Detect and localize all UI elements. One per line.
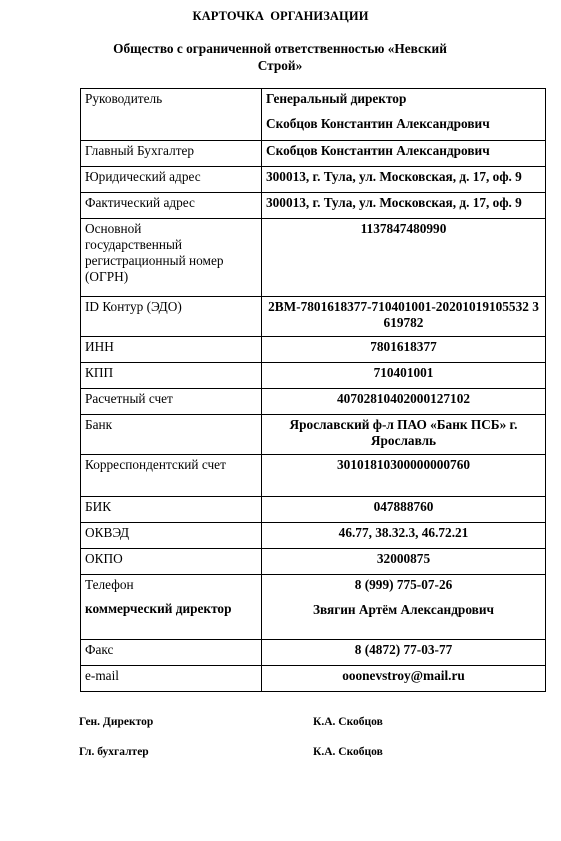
row-value-edo-id: 2BM-7801618377-710401001-20201019105532 … [262, 297, 546, 337]
organization-card-table: Руководитель Генеральный директор Скобцо… [80, 88, 546, 692]
table-row: Корреспондентский счет 30101810300000000… [81, 455, 546, 497]
row-label-bik: БИК [81, 497, 262, 523]
row-value-director: Генеральный директор Скобцов Константин … [262, 89, 546, 141]
row-label-inn: ИНН [81, 337, 262, 363]
phone-number: 8 (999) 775-07-26 [266, 577, 541, 593]
row-value-ogrn: 1137847480990 [262, 219, 546, 297]
row-value-legal-address: 300013, г. Тула, ул. Московская, д. 17, … [262, 167, 546, 193]
signature-role-accountant: Гл. бухгалтер [79, 746, 149, 758]
director-name: Скобцов Константин Александрович [266, 116, 541, 132]
row-label-edo-id: ID Контур (ЭДО) [81, 297, 262, 337]
commercial-director-label: коммерческий директор [85, 601, 257, 617]
row-value-chief-accountant: Скобцов Константин Александрович [262, 141, 546, 167]
signature-name-director: К.А. Скобцов [313, 716, 383, 728]
row-value-settlement-account: 40702810402000127102 [262, 389, 546, 415]
row-label-correspondent-account: Корреспондентский счет [81, 455, 262, 497]
row-value-correspondent-account: 30101810300000000760 [262, 455, 546, 497]
row-label-chief-accountant: Главный Бухгалтер [81, 141, 262, 167]
row-label-okpo: ОКПО [81, 549, 262, 575]
row-label-actual-address: Фактический адрес [81, 193, 262, 219]
table-row: e-mail ooonevstroy@mail.ru [81, 666, 546, 692]
phone-label: Телефон [85, 577, 257, 593]
table-row: Расчетный счет 40702810402000127102 [81, 389, 546, 415]
table-row: ОКВЭД 46.77, 38.32.3, 46.72.21 [81, 523, 546, 549]
table-row: Телефон коммерческий директор 8 (999) 77… [81, 575, 546, 640]
row-value-okved: 46.77, 38.32.3, 46.72.21 [262, 523, 546, 549]
row-label-email: e-mail [81, 666, 262, 692]
table-row: БИК 047888760 [81, 497, 546, 523]
row-label-settlement-account: Расчетный счет [81, 389, 262, 415]
row-value-phone: 8 (999) 775-07-26 Звягин Артём Александр… [262, 575, 546, 640]
table-row: Юридический адрес 300013, г. Тула, ул. М… [81, 167, 546, 193]
organization-name: Общество с ограниченной ответственностью… [95, 40, 465, 74]
table-row: Банк Ярославский ф-л ПАО «Банк ПСБ» г. Я… [81, 415, 546, 455]
row-label-fax: Факс [81, 640, 262, 666]
signature-role-director: Ген. Директор [79, 716, 153, 728]
table-row: Руководитель Генеральный директор Скобцо… [81, 89, 546, 141]
table-row: Фактический адрес 300013, г. Тула, ул. М… [81, 193, 546, 219]
row-label-phone: Телефон коммерческий директор [81, 575, 262, 640]
row-label-bank: Банк [81, 415, 262, 455]
row-value-actual-address: 300013, г. Тула, ул. Московская, д. 17, … [262, 193, 546, 219]
row-value-bank: Ярославский ф-л ПАО «Банк ПСБ» г. Яросла… [262, 415, 546, 455]
table-row: ИНН 7801618377 [81, 337, 546, 363]
row-value-email: ooonevstroy@mail.ru [262, 666, 546, 692]
row-label-ogrn: Основной государственный регистрационный… [81, 219, 262, 297]
signature-name-accountant: К.А. Скобцов [313, 746, 383, 758]
table-row: Основной государственный регистрационный… [81, 219, 546, 297]
table-row: КПП 710401001 [81, 363, 546, 389]
table-row: ID Контур (ЭДО) 2BM-7801618377-710401001… [81, 297, 546, 337]
document-title: КАРТОЧКА ОРГАНИЗАЦИИ [0, 9, 561, 24]
row-value-kpp: 710401001 [262, 363, 546, 389]
row-value-inn: 7801618377 [262, 337, 546, 363]
row-label-legal-address: Юридический адрес [81, 167, 262, 193]
director-position: Генеральный директор [266, 91, 541, 107]
row-value-bik: 047888760 [262, 497, 546, 523]
table-row: ОКПО 32000875 [81, 549, 546, 575]
row-label-director: Руководитель [81, 89, 262, 141]
table-row: Главный Бухгалтер Скобцов Константин Але… [81, 141, 546, 167]
row-label-kpp: КПП [81, 363, 262, 389]
commercial-director-name: Звягин Артём Александрович [266, 602, 541, 618]
table-row: Факс 8 (4872) 77-03-77 [81, 640, 546, 666]
row-value-fax: 8 (4872) 77-03-77 [262, 640, 546, 666]
row-label-okved: ОКВЭД [81, 523, 262, 549]
row-value-okpo: 32000875 [262, 549, 546, 575]
